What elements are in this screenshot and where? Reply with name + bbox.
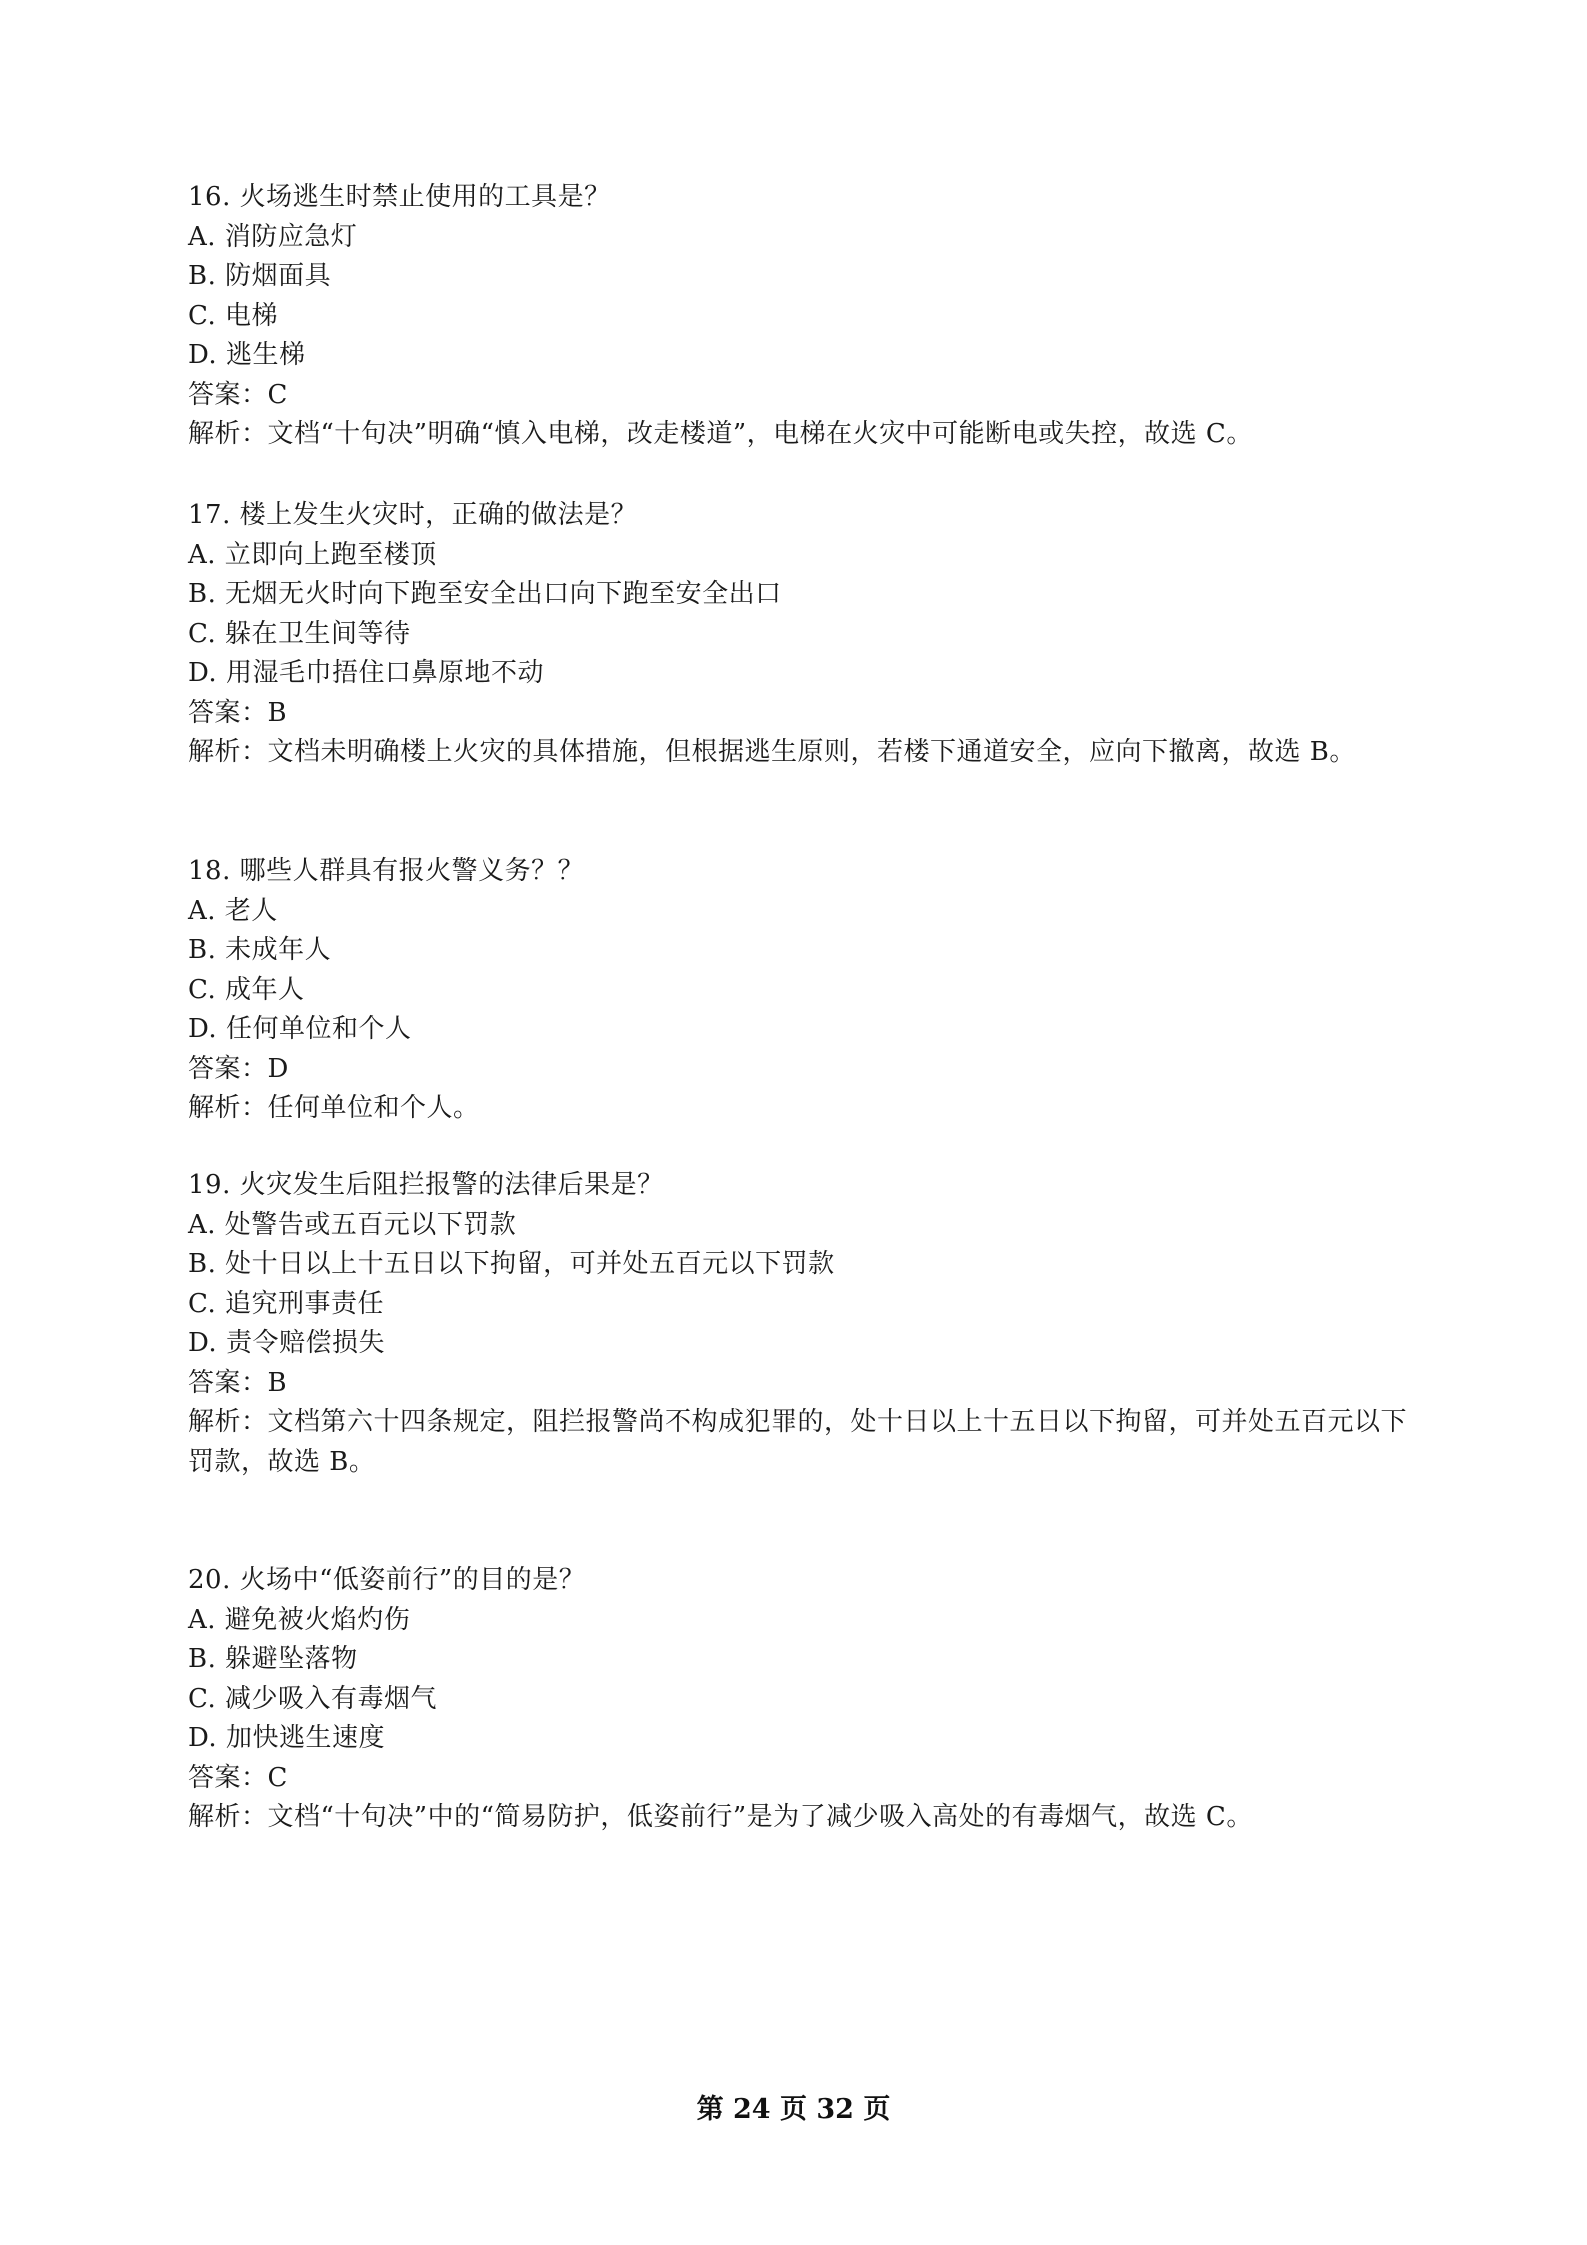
question-block-19: 19. 火灾发生后阻拦报警的法律后果是？ A. 处警告或五百元以下罚款 B. 处… [188, 1166, 1428, 1482]
option-b: B. 无烟无火时向下跑至安全出口向下跑至安全出口 [188, 575, 1428, 615]
option-a: A. 消防应急灯 [188, 218, 1428, 258]
explanation: 解析：文档未明确楼上火灾的具体措施，但根据逃生原则，若楼下通道安全，应向下撤离，… [188, 733, 1403, 773]
option-a: A. 立即向上跑至楼顶 [188, 536, 1428, 576]
question-text: 20. 火场中“低姿前行”的目的是？ [188, 1561, 1428, 1601]
option-d: D. 加快逃生速度 [188, 1719, 1428, 1759]
option-a: A. 避免被火焰灼伤 [188, 1601, 1428, 1641]
question-block-20: 20. 火场中“低姿前行”的目的是？ A. 避免被火焰灼伤 B. 躲避坠落物 C… [188, 1561, 1428, 1838]
option-c: C. 追究刑事责任 [188, 1285, 1428, 1325]
option-d: D. 逃生梯 [188, 336, 1428, 376]
question-text: 16. 火场逃生时禁止使用的工具是？ [188, 178, 1428, 218]
option-d: D. 用湿毛巾捂住口鼻原地不动 [188, 654, 1428, 694]
page-number-footer: 第 24 页 32 页 [0, 2087, 1587, 2126]
option-b: B. 躲避坠落物 [188, 1640, 1428, 1680]
answer: 答案：B [188, 1364, 1428, 1404]
question-block-17: 17. 楼上发生火灾时，正确的做法是？ A. 立即向上跑至楼顶 B. 无烟无火时… [188, 496, 1428, 773]
answer: 答案：D [188, 1050, 1428, 1090]
option-b: B. 防烟面具 [188, 257, 1428, 297]
answer: 答案：C [188, 1759, 1428, 1799]
option-d: D. 责令赔偿损失 [188, 1324, 1428, 1364]
question-block-18: 18. 哪些人群具有报火警义务？？ A. 老人 B. 未成年人 C. 成年人 D… [188, 852, 1428, 1129]
explanation: 解析：文档“十句决”中的“简易防护，低姿前行”是为了减少吸入高处的有毒烟气，故选… [188, 1798, 1413, 1838]
answer: 答案：B [188, 694, 1428, 734]
question-text: 19. 火灾发生后阻拦报警的法律后果是？ [188, 1166, 1428, 1206]
question-text: 18. 哪些人群具有报火警义务？？ [188, 852, 1428, 892]
document-page: 16. 火场逃生时禁止使用的工具是？ A. 消防应急灯 B. 防烟面具 C. 电… [0, 0, 1587, 2245]
option-c: C. 电梯 [188, 297, 1428, 337]
explanation: 解析：文档“十句决”明确“慎入电梯，改走楼道”，电梯在火灾中可能断电或失控，故选… [188, 415, 1428, 455]
option-c: C. 减少吸入有毒烟气 [188, 1680, 1428, 1720]
answer: 答案：C [188, 376, 1428, 416]
option-c: C. 躲在卫生间等待 [188, 615, 1428, 655]
option-b: B. 处十日以上十五日以下拘留，可并处五百元以下罚款 [188, 1245, 1428, 1285]
explanation: 解析：文档第六十四条规定，阻拦报警尚不构成犯罪的，处十日以上十五日以下拘留，可并… [188, 1403, 1413, 1482]
option-a: A. 处警告或五百元以下罚款 [188, 1206, 1428, 1246]
explanation: 解析：任何单位和个人。 [188, 1089, 1428, 1129]
option-d: D. 任何单位和个人 [188, 1010, 1428, 1050]
option-c: C. 成年人 [188, 971, 1428, 1011]
question-text: 17. 楼上发生火灾时，正确的做法是？ [188, 496, 1428, 536]
question-block-16: 16. 火场逃生时禁止使用的工具是？ A. 消防应急灯 B. 防烟面具 C. 电… [188, 178, 1428, 455]
option-a: A. 老人 [188, 892, 1428, 932]
option-b: B. 未成年人 [188, 931, 1428, 971]
